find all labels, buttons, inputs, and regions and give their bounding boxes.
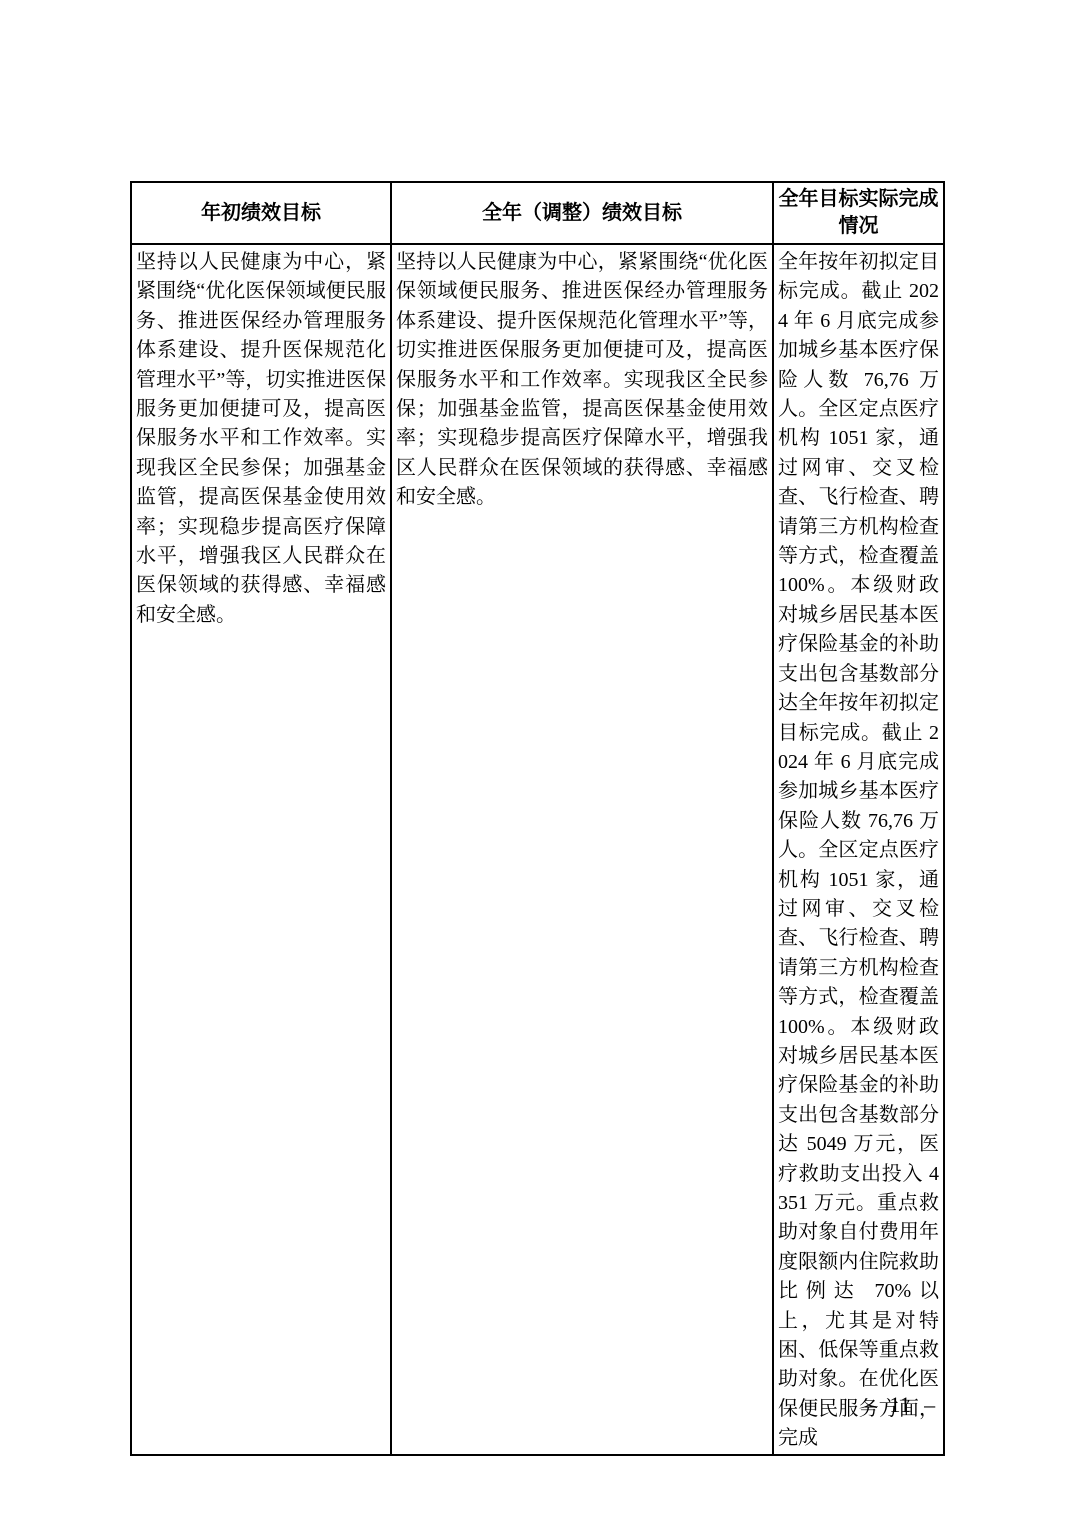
cell-actual-completion: 全年按年初拟定目标完成。截止 2024 年 6 月底完成参加城乡基本医疗保险人数… <box>773 244 944 1455</box>
header-initial-goal: 年初绩效目标 <box>131 182 391 244</box>
cell-initial-goal: 坚持以人民健康为中心，紧紧围绕“优化医保领域便民服务、推进医保经办管理服务体系建… <box>131 244 391 1455</box>
performance-goals-table: 年初绩效目标 全年（调整）绩效目标 全年目标实际完成情况 坚持以人民健康为中心，… <box>130 181 945 1456</box>
page-number: – 11 – <box>840 1390 960 1420</box>
table-header-row: 年初绩效目标 全年（调整）绩效目标 全年目标实际完成情况 <box>131 182 944 244</box>
header-adjusted-goal: 全年（调整）绩效目标 <box>391 182 773 244</box>
header-actual-completion: 全年目标实际完成情况 <box>773 182 944 244</box>
document-page: 年初绩效目标 全年（调整）绩效目标 全年目标实际完成情况 坚持以人民健康为中心，… <box>0 0 1069 1515</box>
cell-adjusted-goal: 坚持以人民健康为中心，紧紧围绕“优化医保领域便民服务、推进医保经办管理服务体系建… <box>391 244 773 1455</box>
table-body-row: 坚持以人民健康为中心，紧紧围绕“优化医保领域便民服务、推进医保经办管理服务体系建… <box>131 244 944 1455</box>
